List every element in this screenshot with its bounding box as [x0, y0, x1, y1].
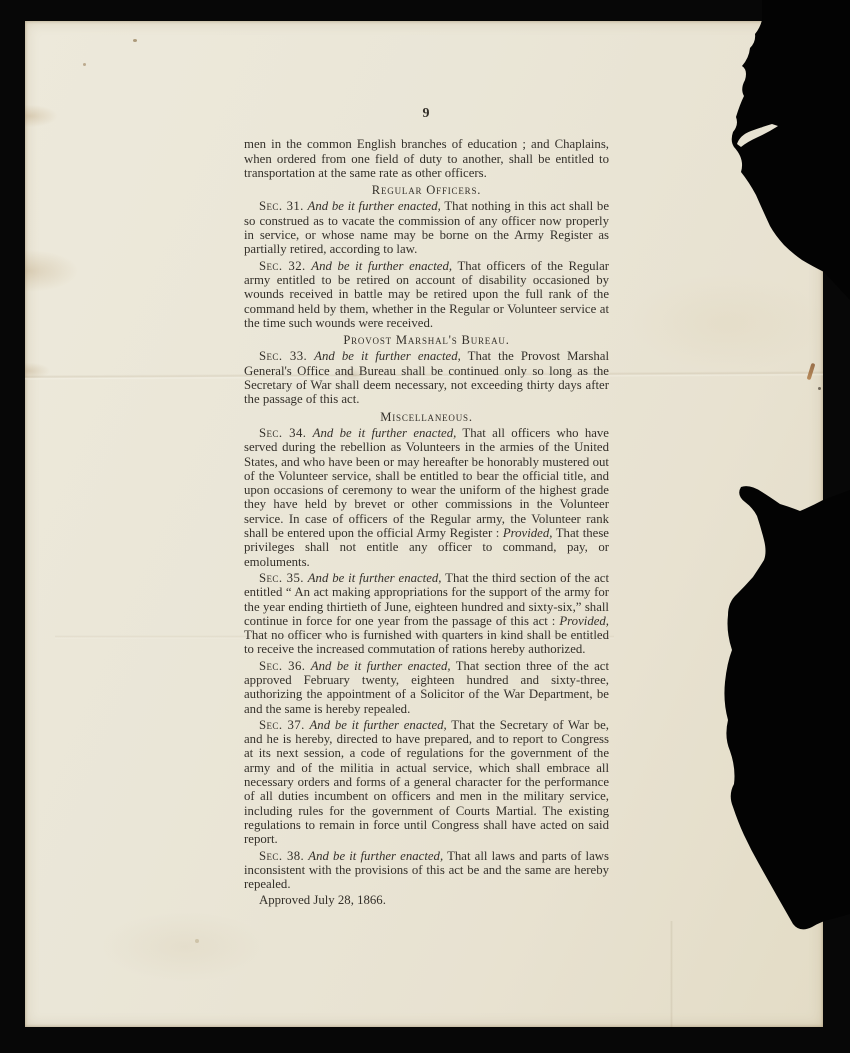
section-34: Sec. 34. And be it further enacted, That…: [244, 426, 609, 569]
section-label: Sec. 31.: [259, 199, 304, 213]
paragraph-continuation: men in the common English branches of ed…: [244, 137, 609, 180]
page-number: 9: [244, 107, 609, 121]
enacting-clause: And be it further enacted,: [308, 849, 443, 863]
section-text: That all officers who have served during…: [244, 426, 609, 540]
section-32: Sec. 32. And be it further enacted, That…: [244, 259, 609, 330]
enacting-clause: And be it further enacted,: [308, 571, 442, 585]
section-label: Sec. 32.: [259, 259, 306, 273]
section-37: Sec. 37. And be it further enacted, That…: [244, 718, 609, 847]
section-label: Sec. 38.: [259, 849, 304, 863]
text-column: 9 men in the common English branches of …: [244, 107, 609, 910]
proviso-label: Provided,: [503, 526, 553, 540]
section-heading-miscellaneous: Miscellaneous.: [244, 410, 609, 424]
enacting-clause: And be it further enacted,: [309, 718, 446, 732]
foxing-speck: [133, 39, 137, 42]
section-35: Sec. 35. And be it further enacted, That…: [244, 571, 609, 657]
section-33: Sec. 33. And be it further enacted, That…: [244, 349, 609, 406]
enacting-clause: And be it further enacted,: [313, 426, 457, 440]
foxing-speck: [195, 939, 199, 943]
enacting-clause: And be it further enacted,: [314, 349, 461, 363]
section-label: Sec. 33.: [259, 349, 307, 363]
section-label: Sec. 36.: [259, 659, 305, 673]
approval-line: Approved July 28, 1866.: [244, 893, 609, 907]
section-38: Sec. 38. And be it further enacted, That…: [244, 849, 609, 892]
section-31: Sec. 31. And be it further enacted, That…: [244, 199, 609, 256]
section-text: That the Secretary of War be, and he is …: [244, 718, 609, 846]
section-label: Sec. 37.: [259, 718, 305, 732]
ink-stain: [807, 363, 816, 380]
section-heading-regular-officers: Regular Officers.: [244, 183, 609, 197]
section-label: Sec. 35.: [259, 571, 304, 585]
enacting-clause: And be it further enacted,: [311, 259, 452, 273]
fold-crease-vertical: [670, 921, 673, 1027]
section-heading-provost-marshals-bureau: Provost Marshal's Bureau.: [244, 333, 609, 347]
enacting-clause: And be it further enacted,: [311, 659, 451, 673]
enacting-clause: And be it further enacted,: [308, 199, 441, 213]
section-label: Sec. 34.: [259, 426, 306, 440]
section-36: Sec. 36. And be it further enacted, That…: [244, 659, 609, 716]
scanned-document-photo: 9 men in the common English branches of …: [0, 0, 850, 1053]
section-text: That no officer who is furnished with qu…: [244, 628, 609, 656]
edge-speck: [818, 387, 821, 390]
foxing-speck: [83, 63, 86, 66]
proviso-label: Provided,: [559, 614, 609, 628]
document-page: 9 men in the common English branches of …: [25, 21, 823, 1027]
